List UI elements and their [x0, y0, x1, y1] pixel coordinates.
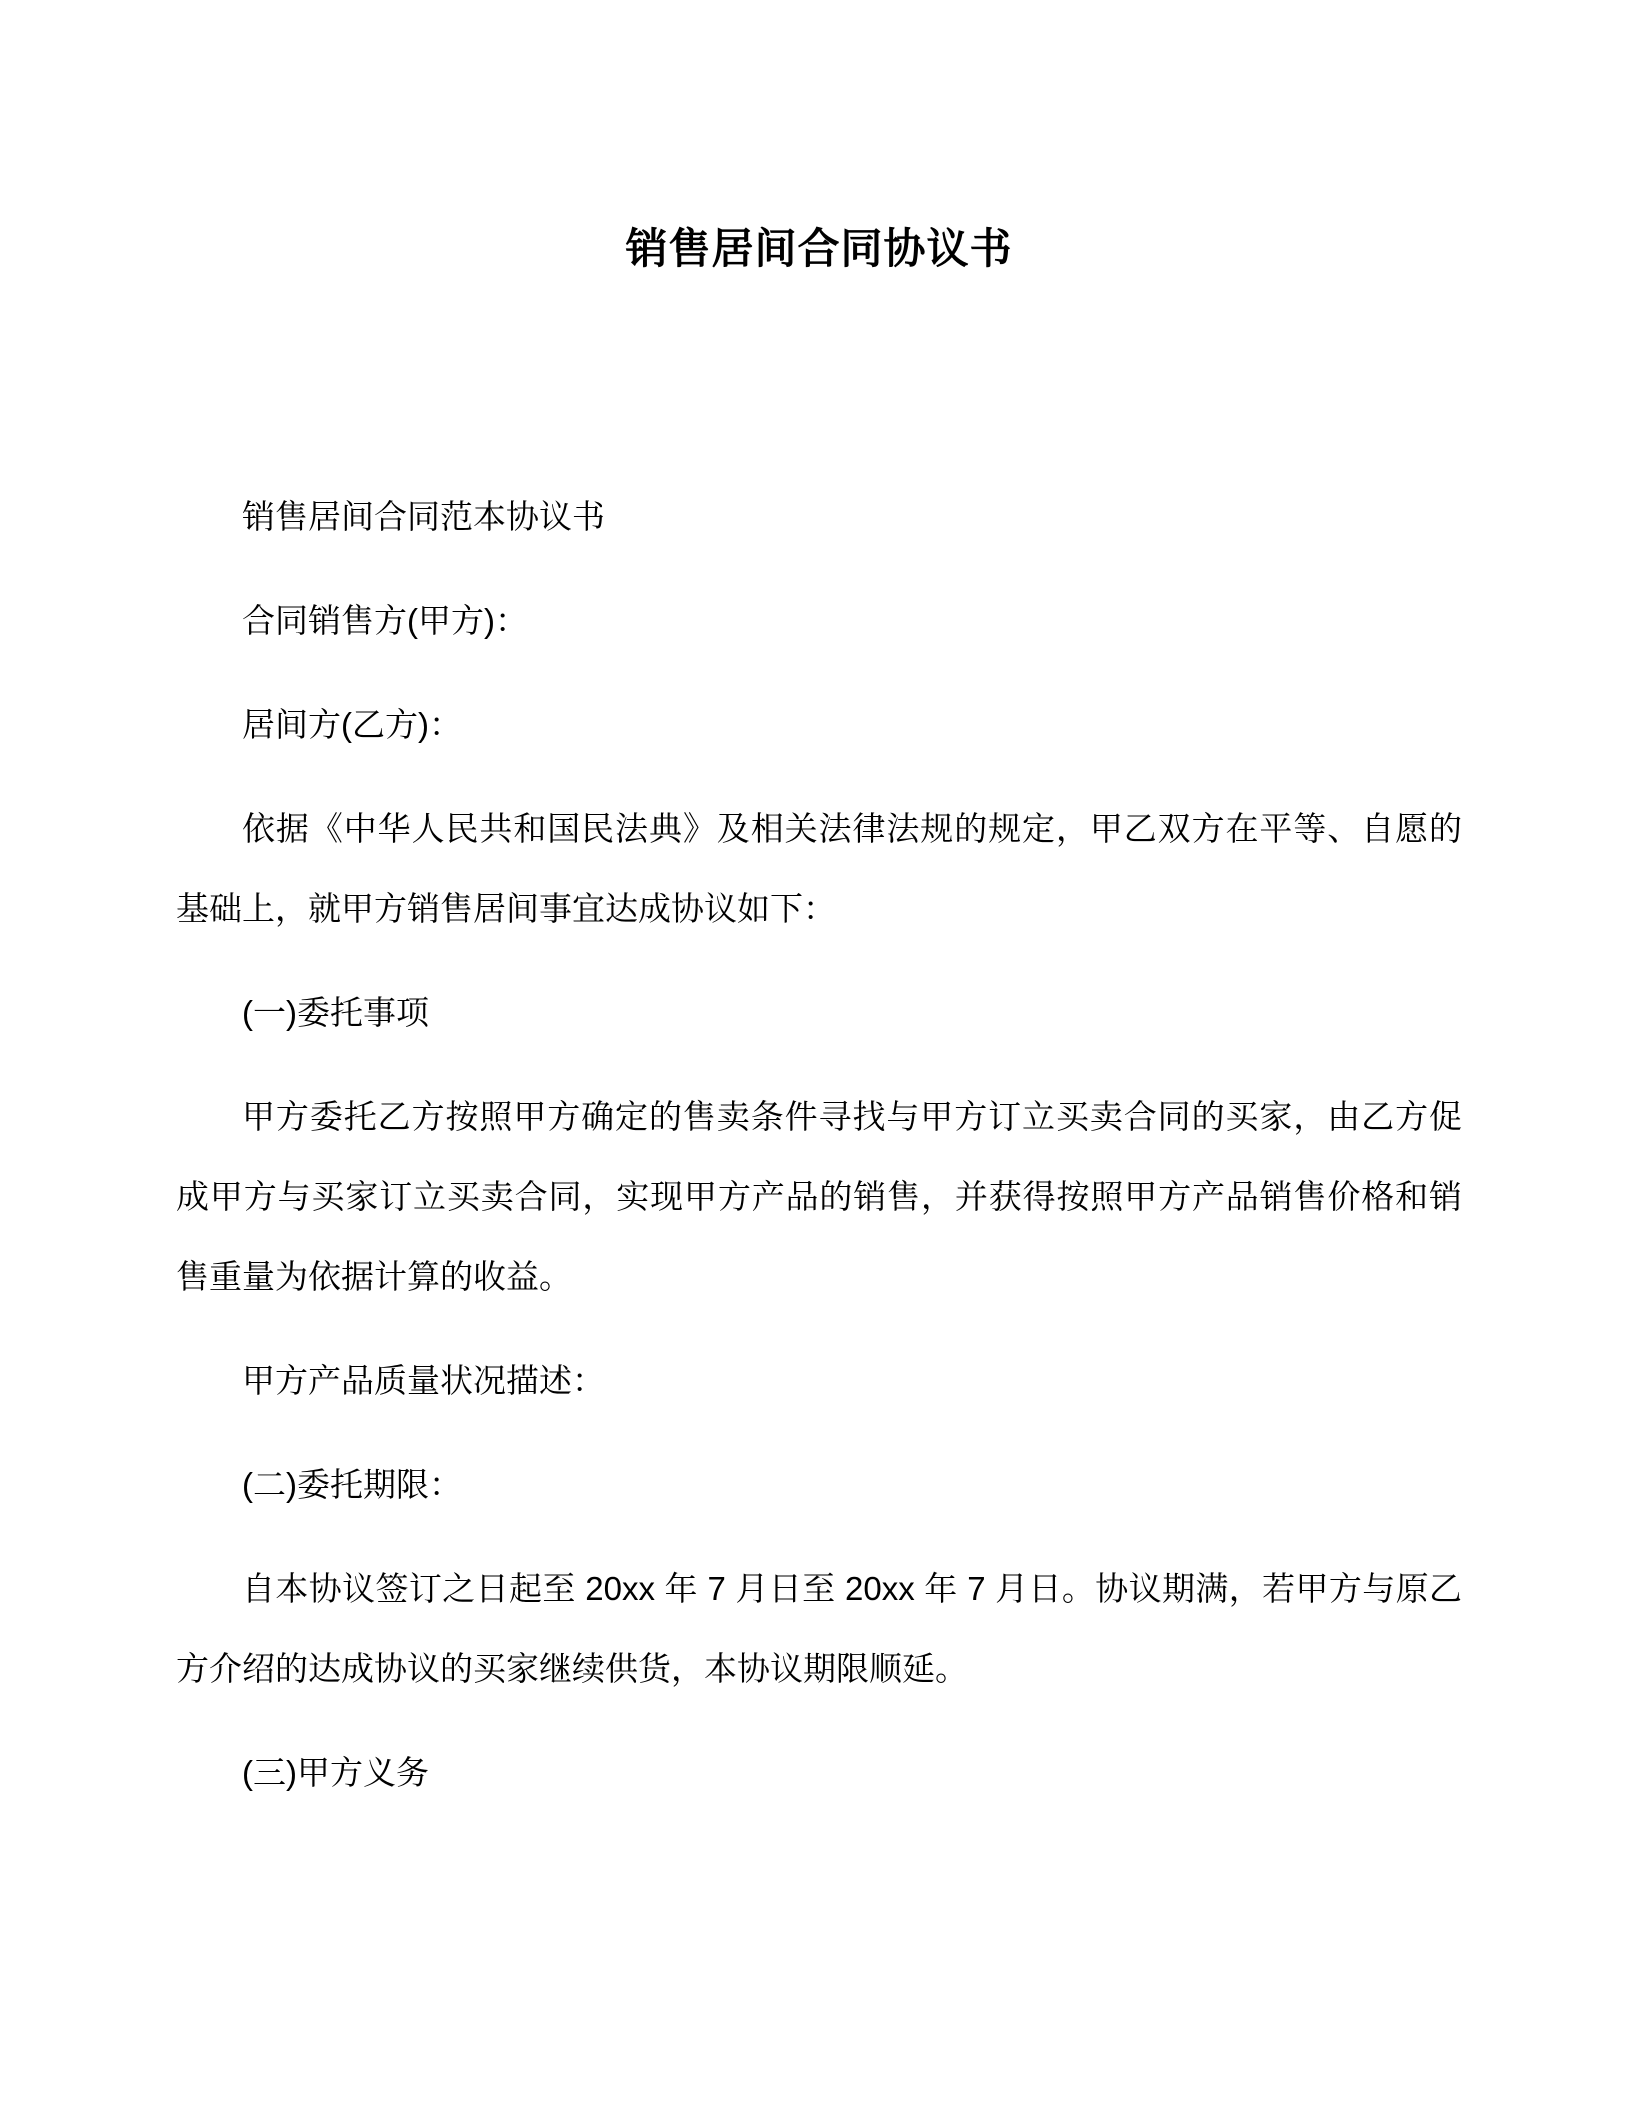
heading-section-3: (三)甲方义务	[176, 1733, 1462, 1813]
paragraph-entrust-period: 自本协议签订之日起至 20xx 年 7 月日至 20xx 年 7 月日。协议期满…	[176, 1549, 1462, 1709]
paragraph-preamble: 依据《中华人民共和国民法典》及相关法律法规的规定，甲乙双方在平等、自愿的基础上，…	[176, 789, 1462, 949]
document-page: 销售居间合同协议书 销售居间合同范本协议书 合同销售方(甲方)： 居间方(乙方)…	[0, 0, 1632, 2112]
document-title: 销售居间合同协议书	[176, 222, 1462, 277]
heading-section-2: (二)委托期限：	[176, 1445, 1462, 1525]
paragraph-party-b: 居间方(乙方)：	[176, 685, 1462, 765]
paragraph-party-a: 合同销售方(甲方)：	[176, 581, 1462, 661]
paragraph-entrust-matters: 甲方委托乙方按照甲方确定的售卖条件寻找与甲方订立买卖合同的买家，由乙方促成甲方与…	[176, 1077, 1462, 1317]
paragraph-product-quality: 甲方产品质量状况描述：	[176, 1341, 1462, 1421]
paragraph-subtitle: 销售居间合同范本协议书	[176, 477, 1462, 557]
heading-section-1: (一)委托事项	[176, 973, 1462, 1053]
document-body: 销售居间合同范本协议书 合同销售方(甲方)： 居间方(乙方)： 依据《中华人民共…	[176, 477, 1462, 1813]
